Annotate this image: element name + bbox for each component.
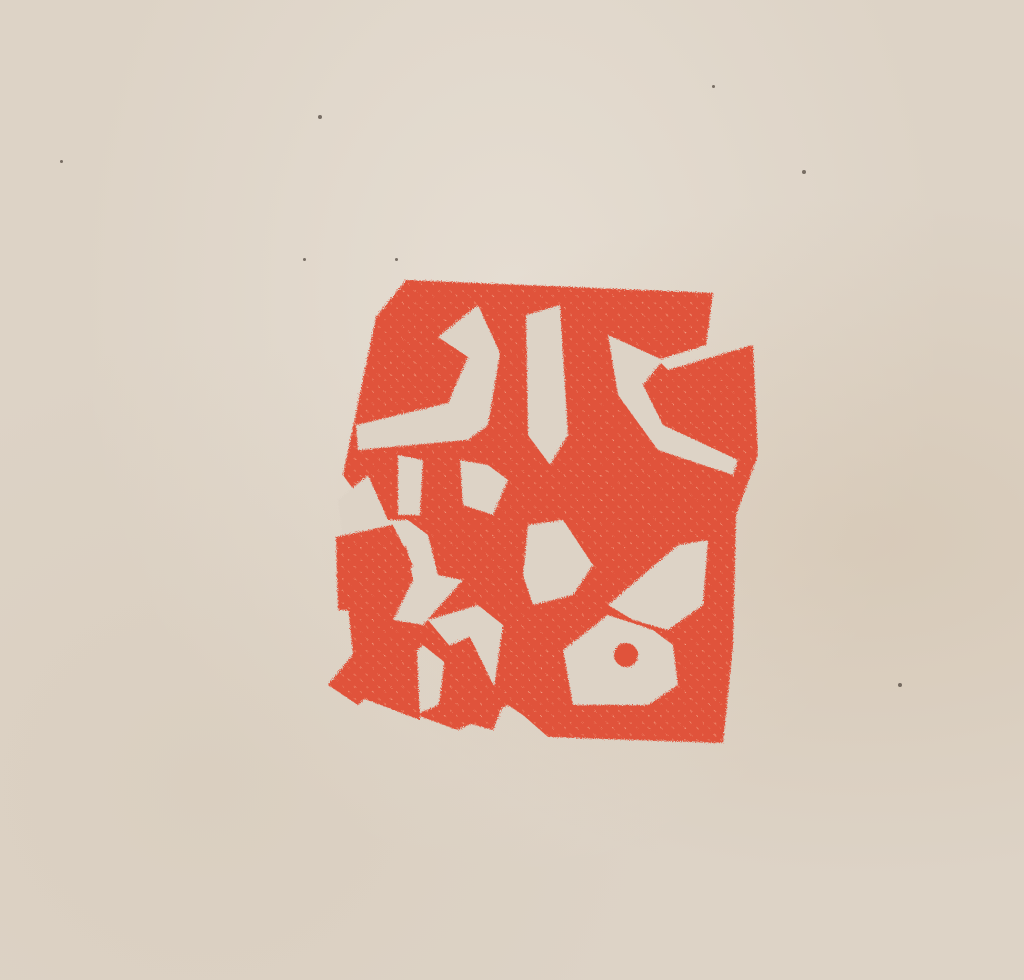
ink-speck xyxy=(395,258,398,261)
ink-speck xyxy=(802,170,806,174)
seal-dot xyxy=(614,643,638,667)
red-seal-stamp xyxy=(328,275,758,747)
ink-speck xyxy=(60,160,63,163)
ink-speck xyxy=(303,258,306,261)
ink-speck xyxy=(898,683,902,687)
ink-speck xyxy=(318,115,322,119)
paper-background xyxy=(0,0,1024,980)
ink-speck xyxy=(712,85,715,88)
